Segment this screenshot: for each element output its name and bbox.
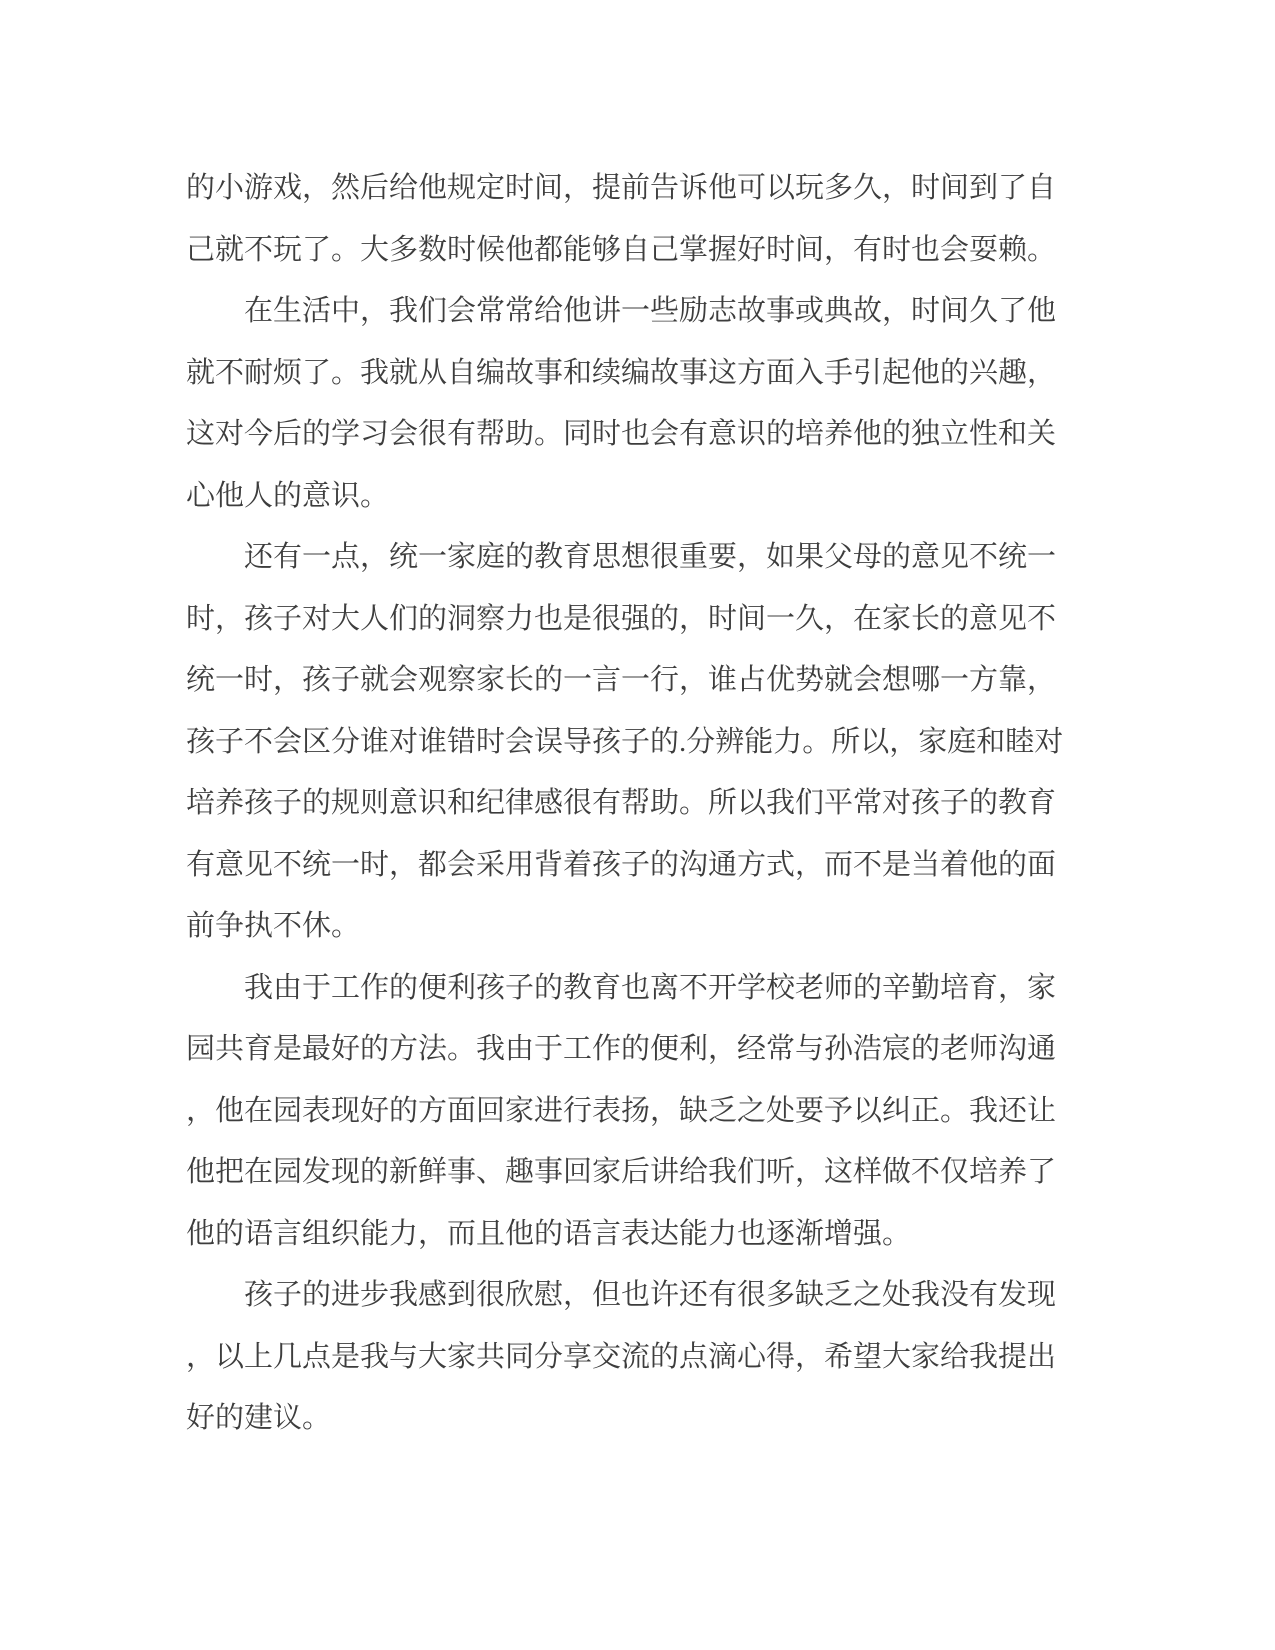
- text-line: 己就不玩了。大多数时候他都能够自己掌握好时间，有时也会耍赖。: [186, 220, 1056, 282]
- text-line: 培养孩子的规则意识和纪律感很有帮助。所以我们平常对孩子的教育: [186, 773, 1056, 835]
- text-line: 就不耐烦了。我就从自编故事和续编故事这方面入手引起他的兴趣，: [186, 343, 1056, 405]
- document-canvas: { "page": { "background": "#ffffff", "te…: [0, 0, 1275, 1650]
- text-line: 的小游戏，然后给他规定时间，提前告诉他可以玩多久，时间到了自: [186, 158, 1056, 220]
- text-line: 前争执不休。: [186, 896, 1056, 958]
- text-line: 好的建议。: [186, 1388, 1056, 1450]
- text-line: ，他在园表现好的方面回家进行表扬，缺乏之处要予以纠正。我还让: [186, 1081, 1056, 1143]
- text-line: 他的语言组织能力，而且他的语言表达能力也逐渐增强。: [186, 1204, 1056, 1266]
- text-line: 有意见不统一时，都会采用背着孩子的沟通方式，而不是当着他的面: [186, 835, 1056, 897]
- text-line: 心他人的意识。: [186, 466, 1056, 528]
- text-line: 统一时，孩子就会观察家长的一言一行，谁占优势就会想哪一方靠，: [186, 650, 1056, 712]
- text-line: 孩子的进步我感到很欣慰，但也许还有很多缺乏之处我没有发现: [186, 1265, 1056, 1327]
- document-page: 的小游戏，然后给他规定时间，提前告诉他可以玩多久，时间到了自己就不玩了。大多数时…: [186, 158, 1056, 1450]
- text-line: 这对今后的学习会很有帮助。同时也会有意识的培养他的独立性和关: [186, 404, 1056, 466]
- text-line: 在生活中，我们会常常给他讲一些励志故事或典故，时间久了他: [186, 281, 1056, 343]
- text-line: 他把在园发现的新鲜事、趣事回家后讲给我们听，这样做不仅培养了: [186, 1142, 1056, 1204]
- text-line: 时，孩子对大人们的洞察力也是很强的，时间一久，在家长的意见不: [186, 589, 1056, 651]
- text-line: 孩子不会区分谁对谁错时会误导孩子的.分辨能力。所以，家庭和睦对: [186, 712, 1056, 774]
- text-line: 我由于工作的便利孩子的教育也离不开学校老师的辛勤培育，家: [186, 958, 1056, 1020]
- text-line: 还有一点，统一家庭的教育思想很重要，如果父母的意见不统一: [186, 527, 1056, 589]
- text-line: ，以上几点是我与大家共同分享交流的点滴心得，希望大家给我提出: [186, 1327, 1056, 1389]
- text-line: 园共育是最好的方法。我由于工作的便利，经常与孙浩宸的老师沟通: [186, 1019, 1056, 1081]
